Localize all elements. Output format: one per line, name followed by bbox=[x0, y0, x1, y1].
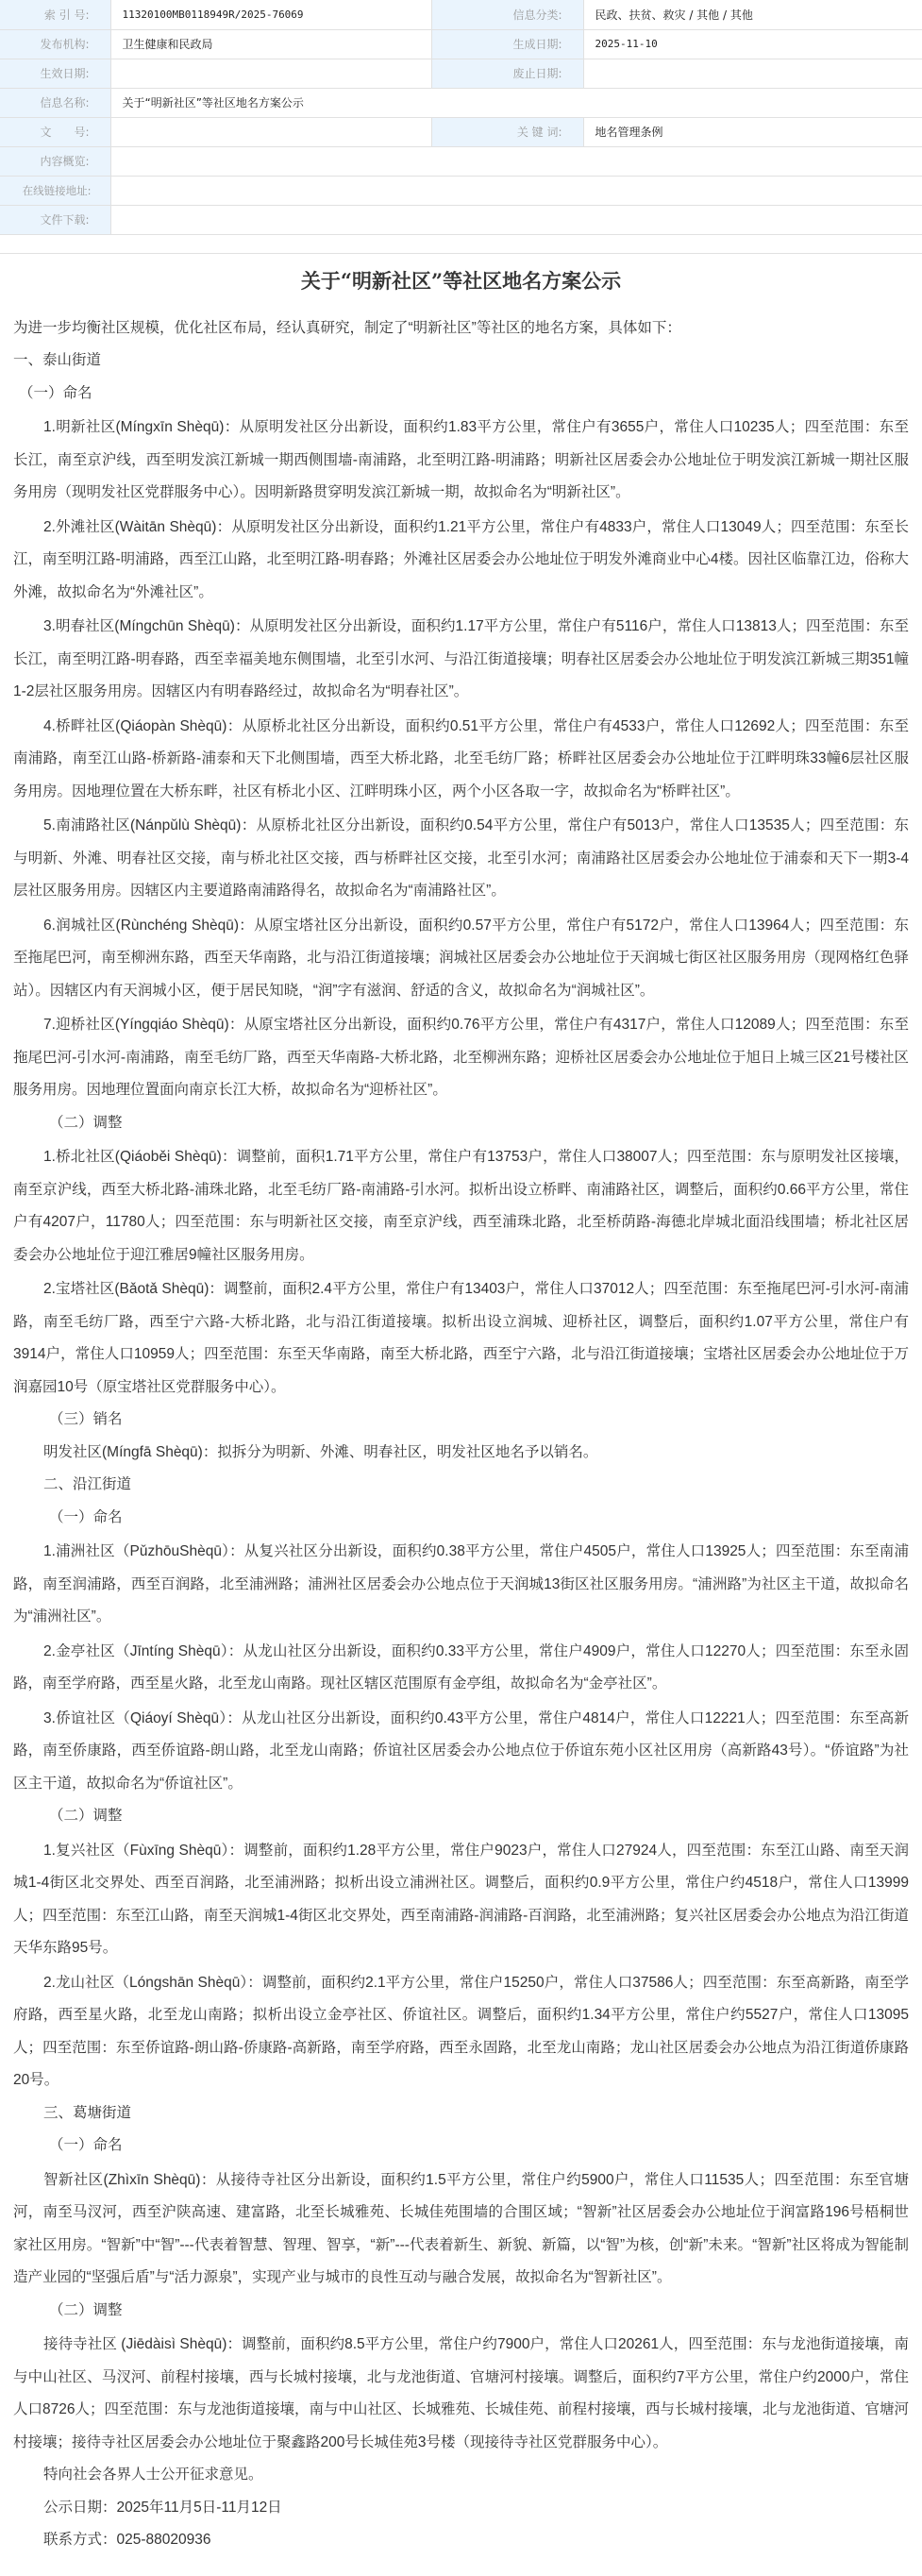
article-title: 关于“明新社区”等社区地名方案公示 bbox=[13, 265, 909, 297]
meta-row-publisher: 发布机构: 卫生健康和民政局 生成日期: 2025-11-10 bbox=[0, 29, 922, 59]
subsection-heading-cancel: （三）销名 bbox=[13, 1404, 909, 1437]
list-item: 1.明新社区(Míngxīn Shèqū)：从原明发社区分出新设，面积约1.83… bbox=[13, 412, 909, 510]
publisher-label: 发布机构: bbox=[0, 29, 110, 59]
online-link-label: 在线链接地址: bbox=[0, 176, 110, 205]
info-name-value: 关于“明新社区”等社区地名方案公示 bbox=[110, 88, 922, 117]
list-item: 6.润城社区(Rùnchéng Shèqū)：从原宝塔社区分出新设，面积约0.5… bbox=[13, 910, 909, 1008]
meta-row-title: 信息名称: 关于“明新社区”等社区地名方案公示 bbox=[0, 88, 922, 117]
list-item: 3.侨谊社区（Qiáoyí Shèqū）：从龙山社区分出新设，面积约0.43平方… bbox=[13, 1703, 909, 1801]
publisher-value: 卫生健康和民政局 bbox=[110, 29, 431, 59]
repeal-date-value bbox=[583, 59, 922, 88]
info-name-label: 信息名称: bbox=[0, 88, 110, 117]
subsection-heading-naming: （一）命名 bbox=[13, 1502, 909, 1535]
publicity-period: 公示日期：2025年11月5日-11月12日 bbox=[13, 2492, 909, 2525]
effective-date-value bbox=[110, 59, 431, 88]
info-category-value: 民政、扶贫、救灾 / 其他 / 其他 bbox=[583, 0, 922, 29]
list-item: 2.龙山社区（Lóngshān Shèqū）：调整前，面积约2.1平方公里，常住… bbox=[13, 1967, 909, 2097]
file-download-value[interactable] bbox=[110, 205, 922, 234]
subsection-heading-adjust: （二）调整 bbox=[13, 2295, 909, 2328]
content-summary-label: 内容概览: bbox=[0, 146, 110, 176]
keywords-value: 地名管理条例 bbox=[583, 117, 922, 146]
list-item: 1.复兴社区（Fùxīng Shèqū）：调整前，面积约1.28平方公里，常住户… bbox=[13, 1835, 909, 1965]
info-metadata-table: 索 引 号: 11320100MB0118949R/2025-76069 信息分… bbox=[0, 0, 922, 235]
content-summary-value bbox=[110, 146, 922, 176]
list-item: 1.桥北社区(Qiáoběi Shèqū)：调整前，面积1.71平方公里，常住户… bbox=[13, 1141, 909, 1271]
info-category-label: 信息分类: bbox=[431, 0, 583, 29]
meta-row-download: 文件下载: bbox=[0, 205, 922, 234]
subsection-heading-naming: （一）命名 bbox=[13, 2130, 909, 2163]
section-heading-taishan: 一、泰山街道 bbox=[13, 345, 909, 378]
effective-date-label: 生效日期: bbox=[0, 59, 110, 88]
meta-row-index: 索 引 号: 11320100MB0118949R/2025-76069 信息分… bbox=[0, 0, 922, 29]
meta-row-docnum: 文 号: 关 键 词: 地名管理条例 bbox=[0, 117, 922, 146]
subsection-heading-naming: （一）命名 bbox=[13, 378, 909, 411]
list-item: 明发社区(Míngfā Shèqū)：拟拆分为明新、外滩、明春社区，明发社区地名… bbox=[13, 1437, 909, 1470]
list-item: 7.迎桥社区(Yíngqiáo Shèqū)：从原宝塔社区分出新设，面积约0.7… bbox=[13, 1009, 909, 1107]
doc-number-label: 文 号: bbox=[0, 117, 110, 146]
index-number-value: 11320100MB0118949R/2025-76069 bbox=[110, 0, 431, 29]
contact-info: 联系方式：025-88020936 bbox=[13, 2524, 909, 2557]
list-item: 智新社区(Zhìxīn Shèqū)：从接待寺社区分出新设，面积约1.5平方公里… bbox=[13, 2164, 909, 2295]
closing-paragraph: 特向社会各界人士公开征求意见。 bbox=[13, 2459, 909, 2492]
list-item: 4.桥畔社区(Qiáopàn Shèqū)：从原桥北社区分出新设，面积约0.51… bbox=[13, 711, 909, 809]
list-item: 1.浦洲社区（PǔzhōuShèqū）：从复兴社区分出新设，面积约0.38平方公… bbox=[13, 1536, 909, 1634]
meta-row-effective: 生效日期: 废止日期: bbox=[0, 59, 922, 88]
list-item: 2.金亭社区（Jīntíng Shèqū）：从龙山社区分出新设，面积约0.33平… bbox=[13, 1636, 909, 1701]
subsection-heading-adjust: （二）调整 bbox=[13, 1107, 909, 1140]
list-item: 5.南浦路社区(Nánpǔlù Shèqū)：从原桥北社区分出新设，面积约0.5… bbox=[13, 810, 909, 908]
divider bbox=[0, 235, 922, 254]
section-heading-getang: 三、葛塘街道 bbox=[13, 2097, 909, 2130]
intro-paragraph: 为进一步均衡社区规模，优化社区布局，经认真研究，制定了“明新社区”等社区的地名方… bbox=[13, 312, 909, 345]
created-date-label: 生成日期: bbox=[431, 29, 583, 59]
subsection-heading-adjust: （二）调整 bbox=[13, 1800, 909, 1833]
list-item: 接待寺社区 (Jiēdàisì Shèqū)：调整前，面积约8.5平方公里，常住… bbox=[13, 2329, 909, 2459]
online-link-value[interactable] bbox=[110, 176, 922, 205]
meta-row-summary: 内容概览: bbox=[0, 146, 922, 176]
repeal-date-label: 废止日期: bbox=[431, 59, 583, 88]
article-body: 关于“明新社区”等社区地名方案公示 为进一步均衡社区规模，优化社区布局，经认真研… bbox=[0, 265, 922, 2576]
list-item: 3.明春社区(Míngchūn Shèqū)：从原明发社区分出新设，面积约1.1… bbox=[13, 611, 909, 709]
created-date-value: 2025-11-10 bbox=[583, 29, 922, 59]
file-download-label: 文件下载: bbox=[0, 205, 110, 234]
doc-number-value bbox=[110, 117, 431, 146]
index-number-label: 索 引 号: bbox=[0, 0, 110, 29]
list-item: 2.宝塔社区(Bǎotǎ Shèqū)：调整前，面积2.4平方公里，常住户有13… bbox=[13, 1273, 909, 1404]
keywords-label: 关 键 词: bbox=[431, 117, 583, 146]
meta-row-link: 在线链接地址: bbox=[0, 176, 922, 205]
list-item: 2.外滩社区(Wàitān Shèqū)：从原明发社区分出新设，面积约1.21平… bbox=[13, 512, 909, 610]
section-heading-yanjiang: 二、沿江街道 bbox=[13, 1469, 909, 1502]
